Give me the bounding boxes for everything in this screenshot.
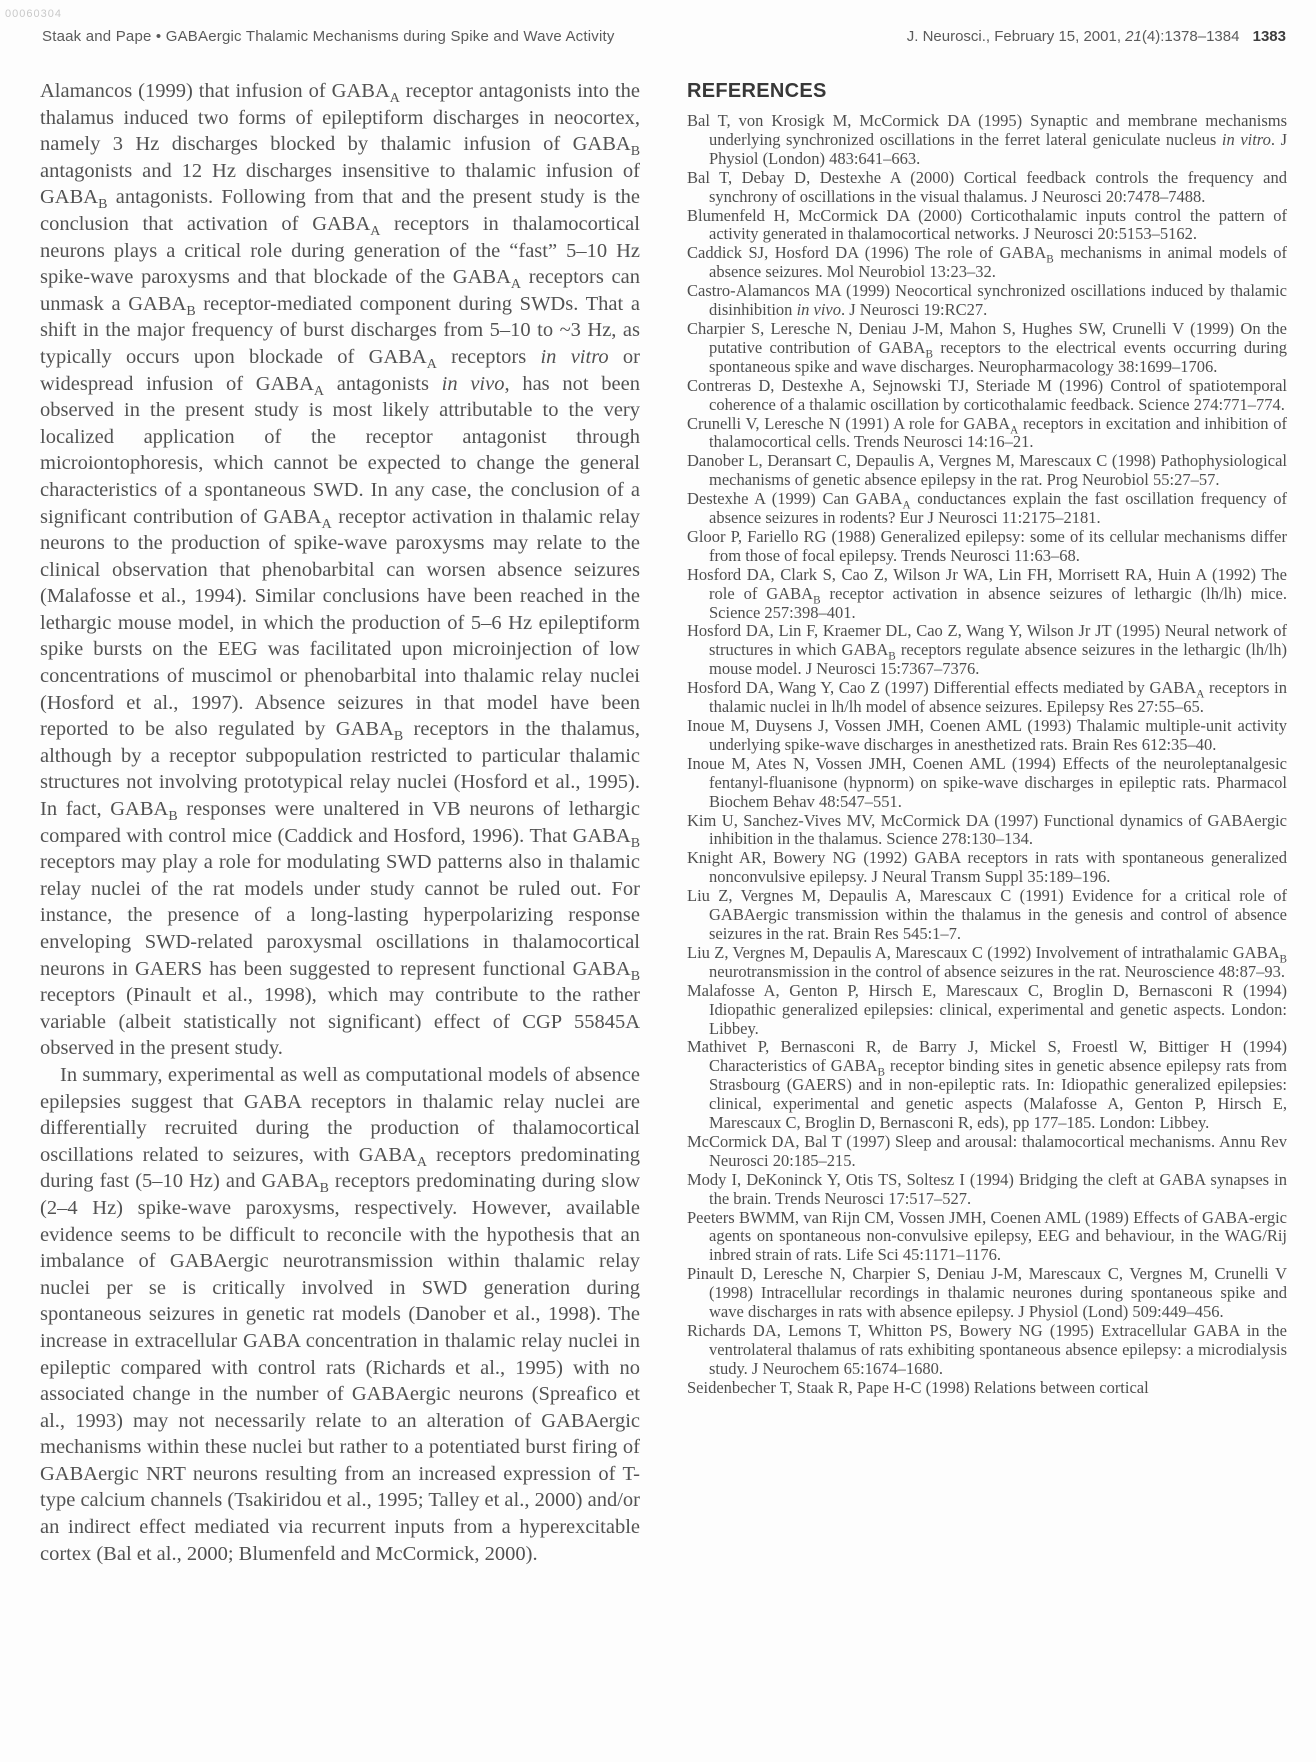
scan-artifact-number: 00060304 (5, 8, 62, 20)
page-header: Staak and Pape • GABAergic Thalamic Mech… (42, 28, 1286, 45)
body-paragraph: In summary, experimental as well as comp… (40, 1062, 640, 1567)
reference-item: Richards DA, Lemons T, Whitton PS, Bower… (687, 1322, 1287, 1379)
reference-item: Mathivet P, Bernasconi R, de Barry J, Mi… (687, 1038, 1287, 1133)
reference-item: Inoue M, Ates N, Vossen JMH, Coenen AML … (687, 755, 1287, 812)
reference-item: Malafosse A, Genton P, Hirsch E, Maresca… (687, 982, 1287, 1039)
page-number: 1383 (1253, 28, 1286, 45)
reference-item: Knight AR, Bowery NG (1992) GABA recepto… (687, 849, 1287, 887)
references-list: Bal T, von Krosigk M, McCormick DA (1995… (687, 112, 1287, 1398)
reference-item: Hosford DA, Wang Y, Cao Z (1997) Differe… (687, 679, 1287, 717)
body-paragraph: Alamancos (1999) that infusion of GABAA … (40, 78, 640, 1062)
journal-citation: J. Neurosci., February 15, 2001, 21(4):1… (907, 28, 1286, 45)
reference-item: Gloor P, Fariello RG (1988) Generalized … (687, 528, 1287, 566)
reference-item: Hosford DA, Clark S, Cao Z, Wilson Jr WA… (687, 566, 1287, 623)
two-column-layout: Alamancos (1999) that infusion of GABAA … (40, 78, 1288, 1567)
reference-item: Hosford DA, Lin F, Kraemer DL, Cao Z, Wa… (687, 622, 1287, 679)
reference-item: Caddick SJ, Hosford DA (1996) The role o… (687, 244, 1287, 282)
discussion-column: Alamancos (1999) that infusion of GABAA … (40, 78, 640, 1567)
running-head: Staak and Pape • GABAergic Thalamic Mech… (42, 28, 615, 45)
reference-item: Kim U, Sanchez-Vives MV, McCormick DA (1… (687, 812, 1287, 850)
reference-item: Castro-Alamancos MA (1999) Neocortical s… (687, 282, 1287, 320)
reference-item: Crunelli V, Leresche N (1991) A role for… (687, 415, 1287, 453)
journal-info: J. Neurosci., February 15, 2001, 21(4):1… (907, 28, 1240, 45)
reference-item: Pinault D, Leresche N, Charpier S, Denia… (687, 1265, 1287, 1322)
reference-item: Charpier S, Leresche N, Deniau J-M, Maho… (687, 320, 1287, 377)
references-column: REFERENCES Bal T, von Krosigk M, McCormi… (687, 78, 1287, 1567)
reference-item: Blumenfeld H, McCormick DA (2000) Cortic… (687, 207, 1287, 245)
reference-item: Liu Z, Vergnes M, Depaulis A, Marescaux … (687, 887, 1287, 944)
reference-item: Mody I, DeKoninck Y, Otis TS, Soltesz I … (687, 1171, 1287, 1209)
references-heading: REFERENCES (687, 80, 1287, 103)
reference-item: Contreras D, Destexhe A, Sejnowski TJ, S… (687, 377, 1287, 415)
reference-item: Danober L, Deransart C, Depaulis A, Verg… (687, 452, 1287, 490)
reference-item: McCormick DA, Bal T (1997) Sleep and aro… (687, 1133, 1287, 1171)
reference-item: Inoue M, Duysens J, Vossen JMH, Coenen A… (687, 717, 1287, 755)
reference-item: Seidenbecher T, Staak R, Pape H-C (1998)… (687, 1379, 1287, 1398)
reference-item: Bal T, von Krosigk M, McCormick DA (1995… (687, 112, 1287, 169)
reference-item: Peeters BWMM, van Rijn CM, Vossen JMH, C… (687, 1209, 1287, 1266)
reference-item: Bal T, Debay D, Destexhe A (2000) Cortic… (687, 169, 1287, 207)
reference-item: Liu Z, Vergnes M, Depaulis A, Marescaux … (687, 944, 1287, 982)
reference-item: Destexhe A (1999) Can GABAA conductances… (687, 490, 1287, 528)
journal-page: 00060304 Staak and Pape • GABAergic Thal… (0, 0, 1316, 1762)
